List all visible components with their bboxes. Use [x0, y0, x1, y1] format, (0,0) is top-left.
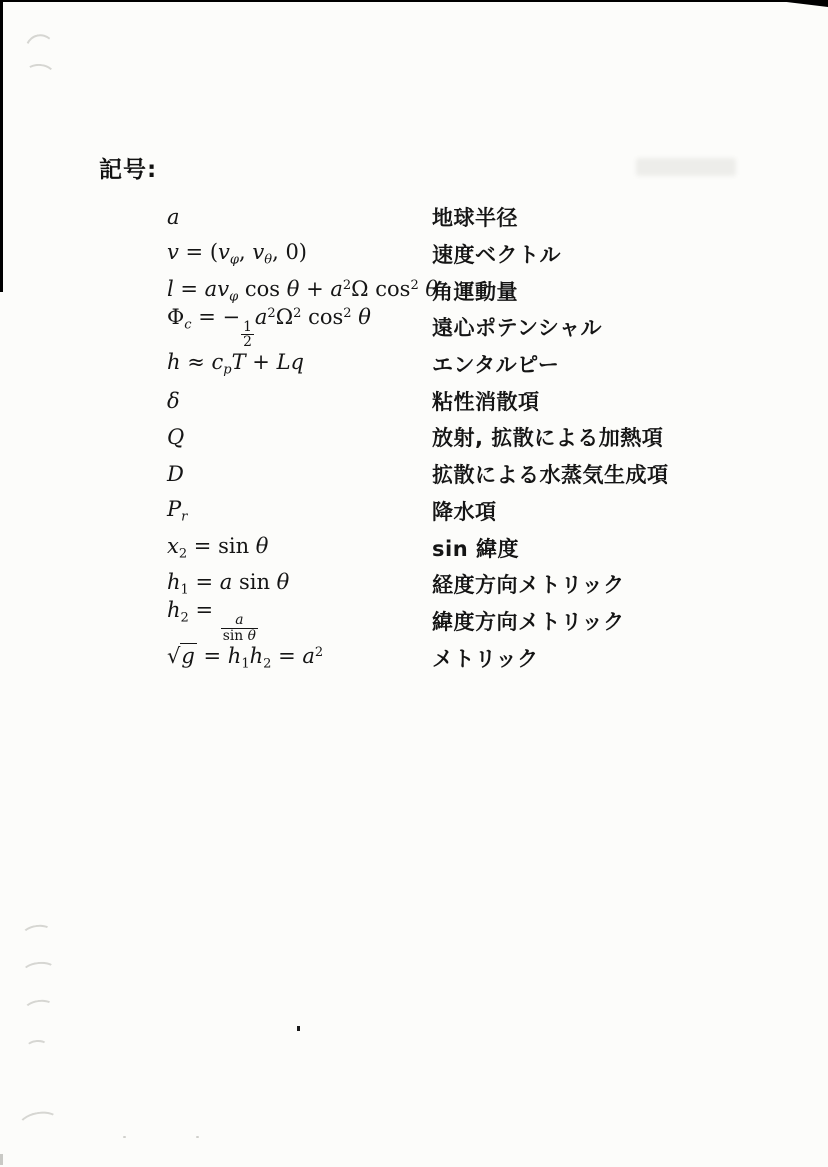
scan-corner-top-right: [770, 0, 828, 7]
symbol-table: a 地球半径 v = (vφ, vθ, 0) 速度ベクトル l = avφ co…: [167, 199, 787, 676]
symbol-row: Pr 降水項: [167, 493, 787, 530]
symbol-description: 粘性消散項: [432, 386, 540, 416]
scan-edge-left: [0, 0, 3, 292]
symbol-row: h1 = a sin θ 経度方向メトリック: [167, 566, 787, 603]
symbol-row: v = (vφ, vθ, 0) 速度ベクトル: [167, 236, 787, 273]
symbol-formula: x2 = sin θ: [167, 534, 432, 562]
symbol-description: 放射, 拡散による加熱項: [432, 422, 663, 452]
scan-smudge: [25, 1039, 48, 1054]
symbol-formula: D: [167, 462, 432, 486]
symbol-description: 拡散による水蒸気生成項: [432, 459, 669, 489]
symbol-row: a 地球半径: [167, 199, 787, 236]
symbol-description: 速度ベクトル: [432, 239, 561, 269]
symbol-row: h ≈ cpT + Lq エンタルピー: [167, 346, 787, 383]
scan-smudge: [21, 960, 57, 981]
symbol-formula: h2 = asin θ: [167, 598, 432, 643]
symbol-formula: h ≈ cpT + Lq: [167, 350, 432, 378]
symbol-row: D 拡散による水蒸気生成項: [167, 456, 787, 493]
scanned-document-page: 記号: a 地球半径 v = (vφ, vθ, 0) 速度ベクトル l = av…: [0, 0, 828, 1167]
symbol-description: 降水項: [432, 496, 497, 526]
symbol-description: 緯度方向メトリック: [432, 606, 625, 636]
symbol-row: x2 = sin θ sin 緯度: [167, 529, 787, 566]
symbol-formula: a: [167, 205, 432, 229]
scan-ghost-bleed: [636, 158, 736, 176]
ink-speck: [123, 1136, 126, 1138]
symbols-heading: 記号:: [99, 151, 157, 184]
ink-speck: [297, 1026, 300, 1031]
symbol-description: 経度方向メトリック: [432, 569, 625, 599]
symbol-formula: √g = h1h2 = a2: [167, 643, 432, 672]
symbol-row: √g = h1h2 = a2 メトリック: [167, 639, 787, 676]
symbol-description: 遠心ポテンシャル: [432, 312, 602, 342]
symbol-description: 地球半径: [432, 202, 518, 232]
symbol-formula: Pr: [167, 497, 432, 525]
symbol-formula: δ: [167, 389, 432, 413]
symbol-description: sin 緯度: [432, 533, 519, 563]
symbol-formula: v = (vφ, vθ, 0): [167, 240, 432, 268]
symbol-formula: h1 = a sin θ: [167, 570, 432, 598]
symbol-description: メトリック: [432, 643, 539, 673]
scan-edge-top: [0, 0, 828, 2]
symbol-row: Q 放射, 拡散による加熱項: [167, 419, 787, 456]
symbol-row: Φc = −12a2Ω2 cos2 θ 遠心ポテンシャル: [167, 309, 787, 346]
ink-speck: [196, 1136, 199, 1138]
scan-smudge: [23, 998, 55, 1018]
scan-edge-left-foot: [0, 1154, 3, 1165]
symbol-formula: Q: [167, 425, 432, 449]
symbol-row: h2 = asin θ 緯度方向メトリック: [167, 603, 787, 640]
scan-smudge: [21, 923, 53, 943]
symbol-formula: l = avφ cos θ + a2Ω cos2 θ: [167, 277, 432, 305]
symbol-formula: Φc = −12a2Ω2 cos2 θ: [167, 305, 432, 350]
symbol-description: 角運動量: [432, 276, 518, 306]
scan-smudge: [16, 1109, 62, 1140]
symbol-row: δ 粘性消散項: [167, 382, 787, 419]
symbol-description: エンタルピー: [432, 349, 559, 379]
symbol-row: l = avφ cos θ + a2Ω cos2 θ 角運動量: [167, 272, 787, 309]
